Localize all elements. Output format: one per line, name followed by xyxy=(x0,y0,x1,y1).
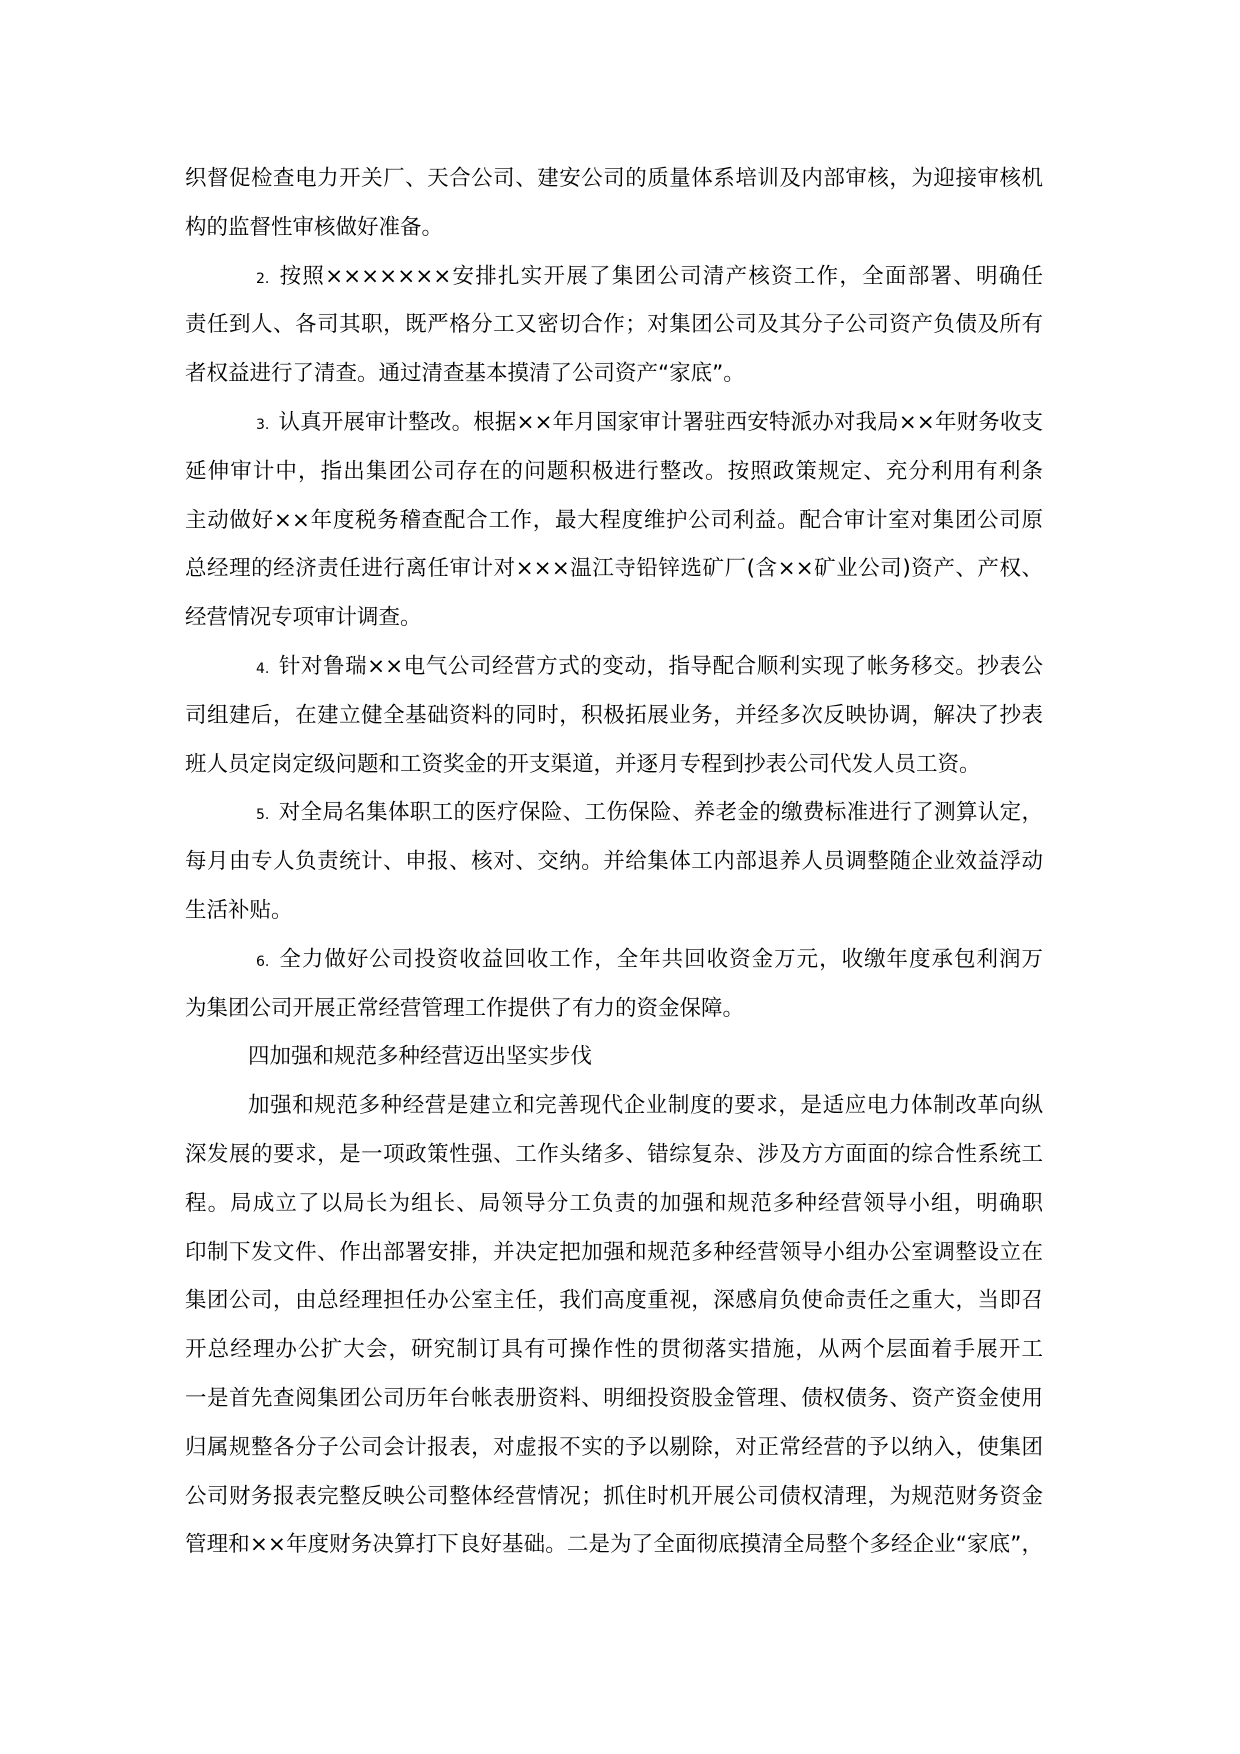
text-line: 总经理的经济责任进行离任审计对×××温江寺铅锌选矿厂(含××矿业公司)资产、产权… xyxy=(185,545,1043,594)
text-line: 5.对全局名集体职工的医疗保险、工伤保险、养老金的缴费标准进行了测算认定， xyxy=(185,789,1043,838)
numbered-paragraph: 4.针对鲁瑞××电气公司经营方式的变动，指导配合顺利实现了帐务移交。抄表公司组建… xyxy=(185,643,1043,789)
list-number: 3. xyxy=(256,417,269,433)
text-line: 四加强和规范多种经营迈出坚实步伐 xyxy=(185,1033,1043,1082)
text-line: 一是首先查阅集团公司历年台帐表册资料、明细投资股金管理、债权债务、资产资金使用 xyxy=(185,1375,1043,1424)
text-line: 织督促检查电力开关厂、天合公司、建安公司的质量体系培训及内部审核，为迎接审核机 xyxy=(185,155,1043,204)
text-line: 构的监督性审核做好准备。 xyxy=(185,204,1043,253)
text-line: 加强和规范多种经营是建立和完善现代企业制度的要求，是适应电力体制改革向纵 xyxy=(185,1082,1043,1131)
text-line: 司组建后，在建立健全基础资料的同时，积极拓展业务，并经多次反映协调，解决了抄表 xyxy=(185,692,1043,741)
text-line: 集团公司，由总经理担任办公室主任，我们高度重视，深感肩负使命责任之重大，当即召 xyxy=(185,1277,1043,1326)
list-number: 2. xyxy=(256,271,269,287)
text-line: 主动做好××年度税务稽查配合工作，最大程度维护公司利益。配合审计室对集团公司原 xyxy=(185,497,1043,546)
numbered-paragraph: 2.按照×××××××安排扎实开展了集团公司清产核资工作，全面部署、明确任务、责… xyxy=(185,253,1043,399)
text-line: 4.针对鲁瑞××电气公司经营方式的变动，指导配合顺利实现了帐务移交。抄表公 xyxy=(185,643,1043,692)
numbered-paragraph: 5.对全局名集体职工的医疗保险、工伤保险、养老金的缴费标准进行了测算认定，每月由… xyxy=(185,789,1043,935)
list-number: 4. xyxy=(256,661,269,677)
text-line: 3.认真开展审计整改。根据××年月国家审计署驻西安特派办对我局××年财务收支 xyxy=(185,399,1043,448)
text-line: 6.全力做好公司投资收益回收工作，全年共回收资金万元，收缴年度承包利润万元， xyxy=(185,936,1043,985)
paragraph: 织督促检查电力开关厂、天合公司、建安公司的质量体系培训及内部审核，为迎接审核机构… xyxy=(185,155,1043,253)
text-line: 开总经理办公扩大会，研究制订具有可操作性的贯彻落实措施，从两个层面着手展开工作， xyxy=(185,1326,1043,1375)
document-body: 织督促检查电力开关厂、天合公司、建安公司的质量体系培训及内部审核，为迎接审核机构… xyxy=(185,155,1043,1570)
text-line: 为集团公司开展正常经营管理工作提供了有力的资金保障。 xyxy=(185,985,1043,1034)
section-heading: 四加强和规范多种经营迈出坚实步伐 xyxy=(185,1033,1043,1082)
text-line: 每月由专人负责统计、申报、核对、交纳。并给集体工内部退养人员调整随企业效益浮动 xyxy=(185,838,1043,887)
text-line: 责任到人、各司其职，既严格分工又密切合作；对集团公司及其分子公司资产负债及所有 xyxy=(185,301,1043,350)
text-line: 印制下发文件、作出部署安排，并决定把加强和规范多种经营领导小组办公室调整设立在 xyxy=(185,1229,1043,1278)
text-line: 生活补贴。 xyxy=(185,887,1043,936)
numbered-paragraph: 6.全力做好公司投资收益回收工作，全年共回收资金万元，收缴年度承包利润万元，为集… xyxy=(185,936,1043,1034)
text-line: 归属规整各分子公司会计报表，对虚报不实的予以剔除，对正常经营的予以纳入，使集团 xyxy=(185,1424,1043,1473)
text-line: 管理和××年度财务决算打下良好基础。二是为了全面彻底摸清全局整个多经企业“家底”… xyxy=(185,1521,1043,1570)
text-line: 2.按照×××××××安排扎实开展了集团公司清产核资工作，全面部署、明确任务、 xyxy=(185,253,1043,302)
numbered-paragraph: 3.认真开展审计整改。根据××年月国家审计署驻西安特派办对我局××年财务收支延伸… xyxy=(185,399,1043,643)
text-line: 深发展的要求，是一项政策性强、工作头绪多、错综复杂、涉及方方面面的综合性系统工 xyxy=(185,1131,1043,1180)
text-line: 延伸审计中，指出集团公司存在的问题积极进行整改。按照政策规定、充分利用有利条件， xyxy=(185,448,1043,497)
text-line: 程。局成立了以局长为组长、局领导分工负责的加强和规范多种经营领导小组，明确职责、 xyxy=(185,1180,1043,1229)
text-line: 班人员定岗定级问题和工资奖金的开支渠道，并逐月专程到抄表公司代发人员工资。 xyxy=(185,741,1043,790)
paragraph: 加强和规范多种经营是建立和完善现代企业制度的要求，是适应电力体制改革向纵深发展的… xyxy=(185,1082,1043,1570)
text-line: 公司财务报表完整反映公司整体经营情况；抓住时机开展公司债权清理，为规范财务资金 xyxy=(185,1473,1043,1522)
text-line: 经营情况专项审计调查。 xyxy=(185,594,1043,643)
list-number: 6. xyxy=(256,954,269,970)
text-line: 者权益进行了清查。通过清查基本摸清了公司资产“家底”。 xyxy=(185,350,1043,399)
list-number: 5. xyxy=(256,807,269,823)
document-page: 织督促检查电力开关厂、天合公司、建安公司的质量体系培训及内部审核，为迎接审核机构… xyxy=(0,0,1240,1754)
